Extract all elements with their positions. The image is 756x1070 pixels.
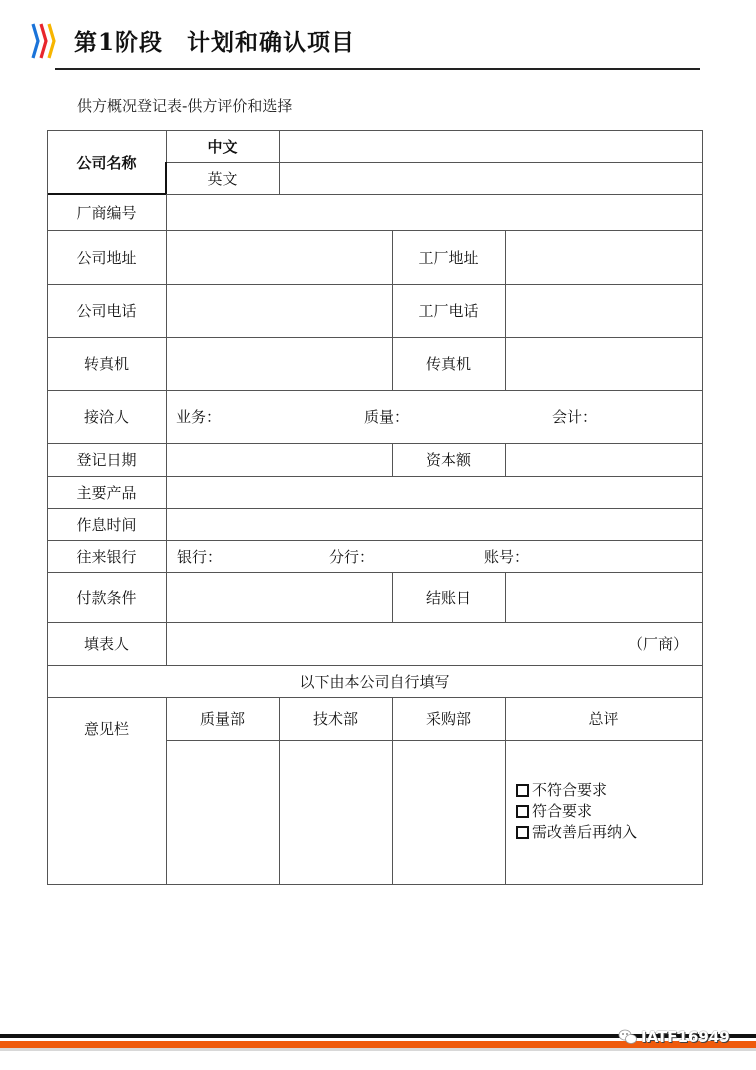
- company-phone-label: 公司电话: [47, 284, 166, 337]
- option-not-compliant[interactable]: 不符合要求: [516, 780, 637, 801]
- contact-quality-label: 质量：: [364, 390, 484, 443]
- overall-options: 不符合要求 符合要求 需改善后再纳入: [516, 780, 637, 843]
- filled-by-field[interactable]: （厂商）: [166, 622, 702, 665]
- english-label: 英文: [166, 162, 279, 194]
- quality-dept-header: 质量部: [166, 697, 279, 740]
- contact-business-label: 业务：: [176, 390, 296, 443]
- extension-field[interactable]: [166, 337, 392, 390]
- factory-phone-label: 工厂电话: [392, 284, 505, 337]
- triple-chevron-icon: [30, 22, 56, 60]
- chinese-label: 中文: [166, 130, 279, 162]
- option-improve-first[interactable]: 需改善后再纳入: [516, 822, 637, 843]
- company-name-english-field[interactable]: [279, 162, 702, 194]
- company-name-label: 公司名称: [47, 130, 166, 194]
- option-compliant[interactable]: 符合要求: [516, 801, 637, 822]
- work-hours-field[interactable]: [166, 508, 702, 540]
- bank-branch-label: 分行：: [329, 540, 449, 572]
- header-divider: [55, 68, 700, 70]
- checkbox-icon[interactable]: [516, 826, 529, 839]
- factory-phone-field[interactable]: [505, 284, 702, 337]
- vendor-no-field[interactable]: [166, 194, 702, 230]
- purchasing-dept-header: 采购部: [392, 697, 505, 740]
- watermark: IATF16949: [618, 1028, 730, 1046]
- form-subtitle: 供方概况登记表-供方评价和选择: [77, 95, 292, 116]
- extension-label: 转真机: [47, 337, 166, 390]
- overall-header: 总评: [505, 697, 702, 740]
- page-title: 第1阶段 计划和确认项目: [74, 24, 355, 57]
- capital-label: 资本额: [392, 443, 505, 476]
- opinions-label: 意见栏: [47, 697, 166, 759]
- company-address-field[interactable]: [166, 230, 392, 284]
- company-address-label: 公司地址: [47, 230, 166, 284]
- contact-label: 接洽人: [47, 390, 166, 443]
- checkbox-icon[interactable]: [516, 805, 529, 818]
- register-date-field[interactable]: [166, 443, 392, 476]
- bank-account-label: 账号：: [484, 540, 604, 572]
- purchasing-dept-opinion-field[interactable]: [392, 740, 505, 884]
- payment-terms-field[interactable]: [166, 572, 392, 622]
- capital-field[interactable]: [505, 443, 702, 476]
- factory-address-label: 工厂地址: [392, 230, 505, 284]
- wechat-icon: [618, 1029, 638, 1045]
- filled-by-label: 填表人: [47, 622, 166, 665]
- factory-address-field[interactable]: [505, 230, 702, 284]
- footer-shadow: [0, 1048, 756, 1051]
- bank-label: 往来银行: [47, 540, 166, 572]
- internal-section-heading: 以下由本公司自行填写: [47, 665, 702, 697]
- bank-name-label: 银行：: [177, 540, 297, 572]
- checkbox-icon[interactable]: [516, 784, 529, 797]
- closing-day-label: 结账日: [392, 572, 505, 622]
- closing-day-field[interactable]: [505, 572, 702, 622]
- vendor-no-label: 厂商编号: [47, 194, 166, 230]
- fax-field[interactable]: [505, 337, 702, 390]
- fax-label: 传真机: [392, 337, 505, 390]
- main-products-label: 主要产品: [47, 476, 166, 508]
- tech-dept-opinion-field[interactable]: [279, 740, 392, 884]
- company-name-chinese-field[interactable]: [279, 130, 702, 162]
- vendor-suffix: （厂商）: [628, 633, 688, 654]
- register-date-label: 登记日期: [47, 443, 166, 476]
- quality-dept-opinion-field[interactable]: [166, 740, 279, 884]
- company-phone-field[interactable]: [166, 284, 392, 337]
- main-products-field[interactable]: [166, 476, 702, 508]
- payment-terms-label: 付款条件: [47, 572, 166, 622]
- contact-accounting-label: 会计：: [552, 390, 672, 443]
- tech-dept-header: 技术部: [279, 697, 392, 740]
- work-hours-label: 作息时间: [47, 508, 166, 540]
